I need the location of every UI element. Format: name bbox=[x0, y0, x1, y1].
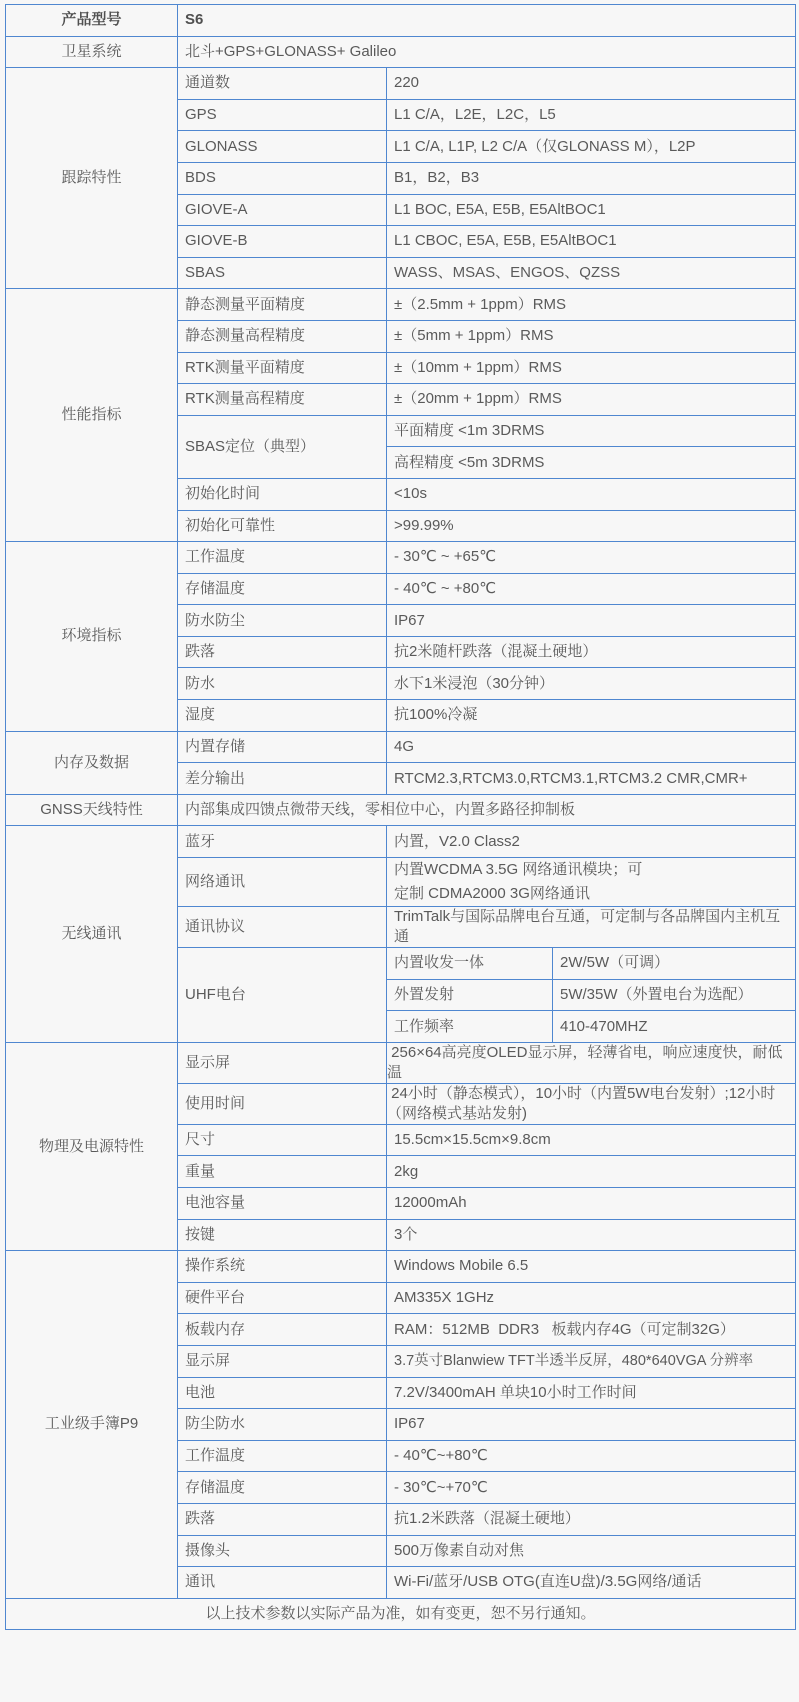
spec-key: RTK测量平面精度 bbox=[178, 352, 387, 384]
uhf-sub-key: 内置收发一体 bbox=[387, 948, 553, 980]
spec-key: 静态测量高程精度 bbox=[178, 320, 387, 352]
uhf-sub-key: 工作频率 bbox=[387, 1011, 553, 1043]
spec-key: 湿度 bbox=[178, 700, 387, 732]
antenna-value: 内部集成四馈点微带天线，零相位中心，内置多路径抑制板 bbox=[178, 794, 796, 826]
spec-value: 256×64高亮度OLED显示屏，轻薄省电，响应速度快，耐低温 bbox=[387, 1042, 796, 1083]
spec-key: 防水 bbox=[178, 668, 387, 700]
spec-key: 差分输出 bbox=[178, 763, 387, 795]
spec-key: 跌落 bbox=[178, 1503, 387, 1535]
category-handheld: 工业级手簿P9 bbox=[6, 1251, 178, 1599]
spec-key: 工作温度 bbox=[178, 1440, 387, 1472]
spec-value: 24小时（静态模式），10小时（内置5W电台发射）;12小时（网络模式基站发射) bbox=[387, 1083, 796, 1124]
spec-value: 高程精度 <5m 3DRMS bbox=[387, 447, 796, 479]
spec-value: 7.2V/3400mAH 单块10小时工作时间 bbox=[387, 1377, 796, 1409]
table-row: 无线通讯 蓝牙 内置，V2.0 Class2 bbox=[6, 826, 796, 858]
footer-note: 以上技术参数以实际产品为准，如有变更，恕不另行通知。 bbox=[6, 1598, 796, 1630]
spec-key: GIOVE-B bbox=[178, 226, 387, 258]
spec-value: <10s bbox=[387, 478, 796, 510]
spec-key: 通讯协议 bbox=[178, 907, 387, 948]
spec-key: 跌落 bbox=[178, 636, 387, 668]
category-antenna: GNSS天线特性 bbox=[6, 794, 178, 826]
spec-value: 220 bbox=[387, 68, 796, 100]
category-physical: 物理及电源特性 bbox=[6, 1042, 178, 1250]
table-row: 物理及电源特性 显示屏 256×64高亮度OLED显示屏，轻薄省电，响应速度快，… bbox=[6, 1042, 796, 1083]
category-wireless: 无线通讯 bbox=[6, 826, 178, 1042]
category-performance: 性能指标 bbox=[6, 289, 178, 542]
spec-key: 按键 bbox=[178, 1219, 387, 1251]
spec-value: IP67 bbox=[387, 1409, 796, 1441]
spec-value: ±（20mm + 1ppm）RMS bbox=[387, 384, 796, 416]
spec-value: - 30℃~+70℃ bbox=[387, 1472, 796, 1504]
spec-key: BDS bbox=[178, 162, 387, 194]
spec-key: 操作系统 bbox=[178, 1251, 387, 1283]
spec-key: 防水防尘 bbox=[178, 605, 387, 637]
spec-value: 内置，V2.0 Class2 bbox=[387, 826, 796, 858]
spec-value: AM335X 1GHz bbox=[387, 1282, 796, 1314]
model-label: 产品型号 bbox=[6, 5, 178, 37]
spec-value: 抗100%冷凝 bbox=[387, 700, 796, 732]
spec-value: 内置WCDMA 3.5G 网络通讯模块；可定制 CDMA2000 3G网络通讯 bbox=[387, 858, 796, 907]
uhf-sub-key: 外置发射 bbox=[387, 979, 553, 1011]
spec-key: SBAS bbox=[178, 257, 387, 289]
spec-value: 抗2米随杆跌落（混凝土硬地） bbox=[387, 636, 796, 668]
spec-key: 显示屏 bbox=[178, 1042, 387, 1083]
spec-value: L1 C/A，L2E，L2C，L5 bbox=[387, 99, 796, 131]
spec-value: 3个 bbox=[387, 1219, 796, 1251]
category-environment: 环境指标 bbox=[6, 542, 178, 732]
spec-table-container: 产品型号 S6 卫星系统 北斗+GPS+GLONASS+ Galileo 跟踪特… bbox=[5, 4, 795, 1630]
spec-key: 存储温度 bbox=[178, 573, 387, 605]
table-row-footer: 以上技术参数以实际产品为准，如有变更，恕不另行通知。 bbox=[6, 1598, 796, 1630]
category-memory: 内存及数据 bbox=[6, 731, 178, 794]
spec-key: 蓝牙 bbox=[178, 826, 387, 858]
spec-key: 电池 bbox=[178, 1377, 387, 1409]
spec-value: ±（2.5mm + 1ppm）RMS bbox=[387, 289, 796, 321]
spec-key: SBAS定位（典型） bbox=[178, 415, 387, 478]
spec-key: 板载内存 bbox=[178, 1314, 387, 1346]
satellite-label: 卫星系统 bbox=[6, 36, 178, 68]
spec-value: B1，B2，B3 bbox=[387, 162, 796, 194]
spec-value: 12000mAh bbox=[387, 1188, 796, 1220]
spec-key: 存储温度 bbox=[178, 1472, 387, 1504]
spec-key-uhf: UHF电台 bbox=[178, 948, 387, 1043]
spec-key: 初始化时间 bbox=[178, 478, 387, 510]
spec-table: 产品型号 S6 卫星系统 北斗+GPS+GLONASS+ Galileo 跟踪特… bbox=[5, 4, 796, 1630]
spec-key: 尺寸 bbox=[178, 1124, 387, 1156]
table-row: 跟踪特性 通道数 220 bbox=[6, 68, 796, 100]
spec-value: 500万像素自动对焦 bbox=[387, 1535, 796, 1567]
uhf-sub-value: 410-470MHZ bbox=[553, 1011, 796, 1043]
category-tracking: 跟踪特性 bbox=[6, 68, 178, 289]
spec-value: WASS、MSAS、ENGOS、QZSS bbox=[387, 257, 796, 289]
table-row-satellite: 卫星系统 北斗+GPS+GLONASS+ Galileo bbox=[6, 36, 796, 68]
spec-key: 通道数 bbox=[178, 68, 387, 100]
spec-key: 显示屏 bbox=[178, 1345, 387, 1377]
spec-key: 工作温度 bbox=[178, 542, 387, 574]
spec-value: >99.99% bbox=[387, 510, 796, 542]
table-row-antenna: GNSS天线特性 内部集成四馈点微带天线，零相位中心，内置多路径抑制板 bbox=[6, 794, 796, 826]
uhf-sub-value: 2W/5W（可调） bbox=[553, 948, 796, 980]
spec-value: - 30℃ ~ +65℃ bbox=[387, 542, 796, 574]
spec-value: L1 C/A, L1P, L2 C/A（仅GLONASS M），L2P bbox=[387, 131, 796, 163]
spec-value: L1 BOC, E5A, E5B, E5AltBOC1 bbox=[387, 194, 796, 226]
spec-key: 硬件平台 bbox=[178, 1282, 387, 1314]
spec-value: RTCM2.3,RTCM3.0,RTCM3.1,RTCM3.2 CMR,CMR+ bbox=[387, 763, 796, 795]
spec-value: Wi-Fi/蓝牙/USB OTG(直连U盘)/3.5G网络/通话 bbox=[387, 1567, 796, 1599]
spec-key: 通讯 bbox=[178, 1567, 387, 1599]
spec-key: 摄像头 bbox=[178, 1535, 387, 1567]
spec-key: 静态测量平面精度 bbox=[178, 289, 387, 321]
table-row-model: 产品型号 S6 bbox=[6, 5, 796, 37]
spec-value: - 40℃ ~ +80℃ bbox=[387, 573, 796, 605]
spec-key: GIOVE-A bbox=[178, 194, 387, 226]
spec-key: GPS bbox=[178, 99, 387, 131]
spec-key: 使用时间 bbox=[178, 1083, 387, 1124]
spec-value: Windows Mobile 6.5 bbox=[387, 1251, 796, 1283]
model-value: S6 bbox=[178, 5, 796, 37]
spec-value: ±（10mm + 1ppm）RMS bbox=[387, 352, 796, 384]
spec-value: - 40℃~+80℃ bbox=[387, 1440, 796, 1472]
table-row: 工业级手簿P9 操作系统 Windows Mobile 6.5 bbox=[6, 1251, 796, 1283]
spec-value: 3.7英寸Blanwiew TFT半透半反屏，480*640VGA 分辨率 bbox=[387, 1345, 796, 1377]
spec-key: GLONASS bbox=[178, 131, 387, 163]
spec-key: RTK测量高程精度 bbox=[178, 384, 387, 416]
spec-value: 4G bbox=[387, 731, 796, 763]
spec-value: TrimTalk与国际品牌电台互通，可定制与各品牌国内主机互通 bbox=[387, 907, 796, 948]
spec-key: 初始化可靠性 bbox=[178, 510, 387, 542]
spec-value: ±（5mm + 1ppm）RMS bbox=[387, 320, 796, 352]
satellite-value: 北斗+GPS+GLONASS+ Galileo bbox=[178, 36, 796, 68]
spec-value: IP67 bbox=[387, 605, 796, 637]
spec-value: 15.5cm×15.5cm×9.8cm bbox=[387, 1124, 796, 1156]
spec-value: RAM：512MB DDR3 板载内存4G（可定制32G） bbox=[387, 1314, 796, 1346]
spec-key: 电池容量 bbox=[178, 1188, 387, 1220]
spec-value: 抗1.2米跌落（混凝土硬地） bbox=[387, 1503, 796, 1535]
uhf-sub-value: 5W/35W（外置电台为选配） bbox=[553, 979, 796, 1011]
spec-value: 2kg bbox=[387, 1156, 796, 1188]
spec-key: 重量 bbox=[178, 1156, 387, 1188]
spec-key: 网络通讯 bbox=[178, 858, 387, 907]
spec-value: 水下1米浸泡（30分钟） bbox=[387, 668, 796, 700]
table-row: 环境指标 工作温度 - 30℃ ~ +65℃ bbox=[6, 542, 796, 574]
spec-key: 内置存储 bbox=[178, 731, 387, 763]
spec-key: 防尘防水 bbox=[178, 1409, 387, 1441]
table-row: 性能指标 静态测量平面精度 ±（2.5mm + 1ppm）RMS bbox=[6, 289, 796, 321]
spec-value: 平面精度 <1m 3DRMS bbox=[387, 415, 796, 447]
spec-value: L1 CBOC, E5A, E5B, E5AltBOC1 bbox=[387, 226, 796, 258]
table-row: 内存及数据 内置存储 4G bbox=[6, 731, 796, 763]
